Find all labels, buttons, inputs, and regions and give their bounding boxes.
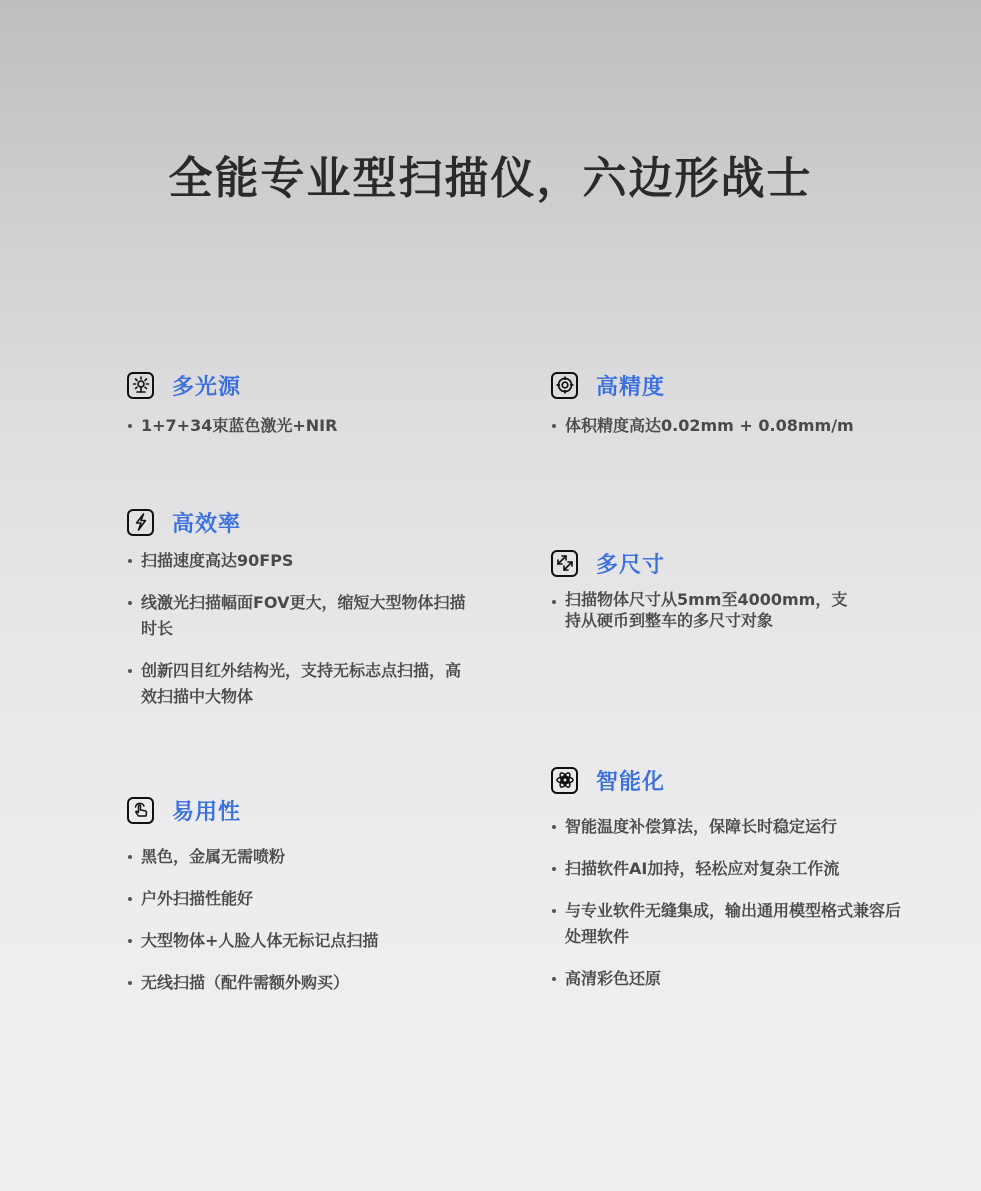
feature-bullet: 户外扫描性能好 [127, 886, 487, 912]
feature-bullet: 扫描软件AI加持，轻松应对复杂工作流 [551, 856, 911, 882]
feature-title: 易用性 [172, 795, 241, 826]
feature-multi-size: 多尺寸 扫描物体尺寸从5mm至4000mm，支持从硬币到整车的多尺寸对象 [551, 546, 851, 631]
atom-icon [551, 767, 578, 794]
feature-bullet: 大型物体+人脸人体无标记点扫描 [127, 928, 487, 954]
touch-hand-icon [127, 797, 154, 824]
feature-high-efficiency: 高效率 扫描速度高达90FPS 线激光扫描幅面FOV更大，缩短大型物体扫描时长 … [127, 505, 472, 710]
feature-bullet: 智能温度补偿算法，保障长时稳定运行 [551, 814, 911, 840]
feature-ease-of-use: 易用性 黑色，金属无需喷粉 户外扫描性能好 大型物体+人脸人体无标记点扫描 无线… [127, 793, 487, 996]
target-icon [551, 372, 578, 399]
page-title: 全能专业型扫描仪，六边形战士 [0, 142, 981, 206]
feature-bullet: 创新四目红外结构光，支持无标志点扫描，高效扫描中大物体 [127, 658, 472, 710]
feature-intelligent: 智能化 智能温度补偿算法，保障长时稳定运行 扫描软件AI加持，轻松应对复杂工作流… [551, 763, 911, 992]
resize-arrows-icon [551, 550, 578, 577]
feature-high-precision: 高精度 体积精度高达0.02mm + 0.08mm/m [551, 368, 911, 439]
feature-title: 智能化 [596, 765, 665, 796]
feature-bullet: 扫描物体尺寸从5mm至4000mm，支持从硬币到整车的多尺寸对象 [551, 589, 851, 631]
feature-title: 多尺寸 [596, 548, 665, 579]
feature-title: 多光源 [172, 370, 241, 401]
light-source-icon [127, 372, 154, 399]
feature-bullet: 体积精度高达0.02mm + 0.08mm/m [551, 413, 911, 439]
feature-multi-light: 多光源 1+7+34束蓝色激光+NIR [127, 368, 487, 439]
feature-bullet: 高清彩色还原 [551, 966, 911, 992]
feature-bullet: 扫描速度高达90FPS [127, 548, 472, 574]
lightning-icon [127, 509, 154, 536]
feature-bullet: 黑色，金属无需喷粉 [127, 844, 487, 870]
feature-bullet: 与专业软件无缝集成，输出通用模型格式兼容后处理软件 [551, 898, 911, 950]
feature-title: 高效率 [172, 507, 241, 538]
feature-bullet: 1+7+34束蓝色激光+NIR [127, 413, 487, 439]
feature-bullet: 无线扫描（配件需额外购买） [127, 970, 487, 996]
feature-bullet: 线激光扫描幅面FOV更大，缩短大型物体扫描时长 [127, 590, 472, 642]
feature-title: 高精度 [596, 370, 665, 401]
